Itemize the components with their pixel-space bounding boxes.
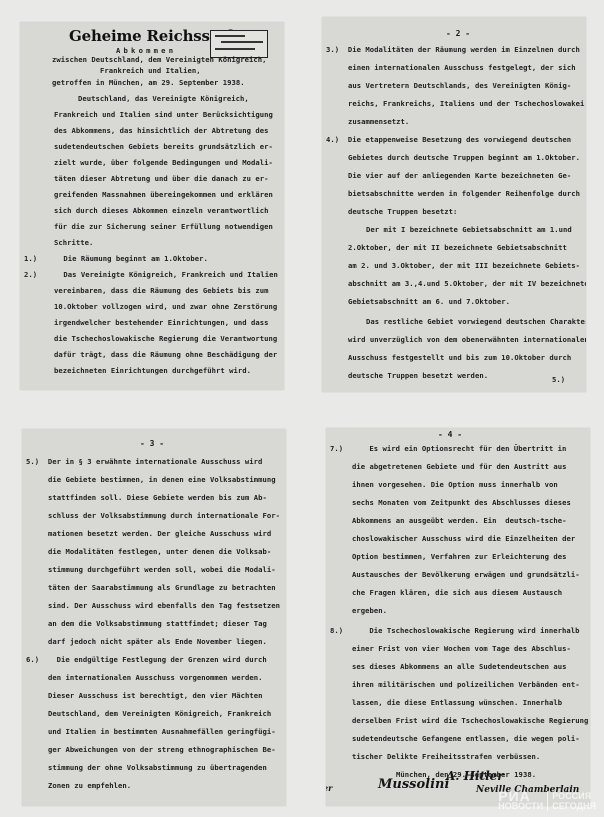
- text-line: zusammensetzt.: [348, 117, 409, 126]
- text-line: deutsche Truppen besetzt:: [348, 207, 457, 216]
- text-line: sich durch dieses Abkommen einzeln veran…: [54, 206, 268, 215]
- text-line: Frankreich und Italien sind unter Berück…: [54, 110, 273, 119]
- text-line: reichs, Frankreichs, Italiens und der Ts…: [348, 99, 584, 108]
- text-line: wird unverzüglich von dem obenerwähnten …: [348, 335, 586, 344]
- text-line: zwischen Deutschland, dem Vereinigten Kö…: [52, 55, 266, 64]
- signature-1: Daladier: [326, 783, 332, 793]
- text-line: Das restliche Gebiet vorwiegend deutsche…: [366, 317, 586, 326]
- text-line: Deutschland, dem Vereinigten Königreich,…: [48, 709, 271, 718]
- text-line: München, den 29. September 1938.: [396, 770, 536, 779]
- text-line: Austausches der Bevölkerung erwägen und …: [352, 570, 580, 579]
- text-line: 3.) Die Modalitäten der Räumung werden i…: [326, 45, 580, 54]
- text-line: sechs Monaten vom Zeitpunkt des Abschlus…: [352, 498, 571, 507]
- document-page-4: - 4 - Daladier Mussolini A. Hitler Nevil…: [326, 428, 590, 806]
- text-line: sudetendeutschen Gebiets bereits grundsä…: [54, 142, 273, 151]
- text-line: sind. Der Ausschuss wird ebenfalls den T…: [48, 601, 280, 610]
- text-line: einen internationalen Ausschuss festgele…: [348, 63, 576, 72]
- document-page-2: - 2 - 5.) 3.) Die Modalitäten der Räumun…: [322, 17, 586, 392]
- text-line: Die vier auf der anliegenden Karte bezei…: [348, 171, 571, 180]
- text-line: ses dieses Abkommens an alle Sudetendeut…: [352, 662, 566, 671]
- text-line: sudetendeutsche Gefangene entlassen, die…: [352, 734, 580, 743]
- text-line: die abgetretenen Gebiete und für den Aus…: [352, 462, 566, 471]
- text-line: Gebietes durch deutsche Truppen beginnt …: [348, 153, 580, 162]
- ria-novosti-watermark: РИА НОВОСТИ РОССИЯ СЕГОДНЯ: [498, 791, 596, 811]
- text-line: deutsche Truppen besetzt werden.: [348, 371, 488, 380]
- text-line: Abkommens an ausgeübt werden. Ein deutsc…: [352, 516, 566, 525]
- text-line: Ausschuss festgestellt und bis zum 10.Ok…: [348, 353, 571, 362]
- text-line: abschnitt am 3.,4.und 5.Oktober, der mit…: [348, 279, 586, 288]
- text-line: und Italien in bestimmten Ausnahmefällen…: [48, 727, 276, 736]
- text-line: 2.) Das Vereinigte Königreich, Frankreic…: [24, 270, 278, 279]
- page-number: - 3 -: [140, 439, 164, 448]
- text-line: Schritte.: [54, 238, 93, 247]
- text-line: am 2. und 3.Oktober, der mit III bezeich…: [348, 261, 580, 270]
- text-line: die Gebiete bestimmen, in denen eine Vol…: [48, 475, 276, 484]
- text-line: vereinbaren, dass die Räumung des Gebiet…: [54, 286, 268, 295]
- text-line: 1.) Die Räumung beginnt am 1.Oktober.: [24, 254, 208, 263]
- text-line: bezeichneten Einrichtungen durchgeführt …: [54, 366, 251, 375]
- text-line: getroffen in München, am 29. September 1…: [52, 78, 245, 87]
- text-line: lassen, die diese Entlassung wünschen. I…: [352, 698, 562, 707]
- text-line: che Fragen klären, die sich aus diesem A…: [352, 588, 562, 597]
- text-line: 4.) Die etappenweise Besetzung des vorwi…: [326, 135, 571, 144]
- text-line: stattfinden soll. Diese Gebiete werden b…: [48, 493, 267, 502]
- text-line: für die zur Sicherung seiner Erfüllung n…: [54, 222, 273, 231]
- text-line: des Abkommens, das hinsichtlich der Abtr…: [54, 126, 268, 135]
- page-number: - 2 -: [446, 29, 470, 38]
- text-line: einer Frist von vier Wochen vom Tage des…: [352, 644, 571, 653]
- document-page-3: - 3 - 5.) Der in § 3 erwähnte internatio…: [22, 429, 286, 806]
- text-line: Option bestimmen, Verfahren zur Erleicht…: [352, 552, 566, 561]
- text-line: ihren militärischen und polizeilichen Ve…: [352, 680, 580, 689]
- text-line: täten der Saarabstimmung als Grundlage z…: [48, 583, 276, 592]
- text-line: irgendwelcher bestehender Einrichtungen,…: [54, 318, 268, 327]
- text-line: stimmung durchgeführt werden soll, wobei…: [48, 565, 276, 574]
- text-line: Frankreich und Italien,: [100, 66, 201, 75]
- text-line: mationen besetzt werden. Der gleiche Aus…: [48, 529, 271, 538]
- text-line: tischer Delikte Freiheitsstrafen verbüss…: [352, 752, 540, 761]
- text-line: schluss der Volksabstimmung durch intern…: [48, 511, 280, 520]
- text-line: greifenden Massnahmen übereingekommen un…: [54, 190, 273, 199]
- text-line: 5.) Der in § 3 erwähnte internationale A…: [26, 457, 262, 466]
- text-line: darf jedoch nicht später als Ende Novemb…: [48, 637, 267, 646]
- text-line: täten dieser Abtretung und über die dana…: [54, 174, 268, 183]
- text-line: ger Abweichungen von der streng ethnogra…: [48, 745, 276, 754]
- text-line: Deutschland, das Vereinigte Königreich,: [78, 94, 249, 103]
- text-line: 6.) Die endgültige Festlegung der Grenze…: [26, 655, 267, 664]
- text-line: ihnen vorgesehen. Die Option muss innerh…: [352, 480, 558, 489]
- catchword: 5.): [552, 375, 565, 384]
- document-page-1: Geheime Reichssache Abkommenzwischen Deu…: [20, 22, 284, 390]
- text-line: die Tschechoslowakische Regierung die Ve…: [54, 334, 277, 343]
- text-line: 8.) Die Tschechoslowakische Regierung wi…: [330, 626, 580, 635]
- text-line: zielt wurde, über folgende Bedingungen u…: [54, 158, 273, 167]
- text-line: bietsabschnitte werden in folgender Reih…: [348, 189, 580, 198]
- text-line: die Modalitäten festlegen, unter denen d…: [48, 547, 271, 556]
- text-line: 7.) Es wird ein Optionsrecht für den Übe…: [330, 444, 566, 453]
- text-line: den internationalen Ausschuss vorgenomme…: [48, 673, 262, 682]
- text-line: 10.Oktober vollzogen wird, und zwar ohne…: [54, 302, 277, 311]
- text-line: aus Vertretern Deutschlands, des Vereini…: [348, 81, 571, 90]
- text-line: Der mit I bezeichnete Gebietsabschnitt a…: [366, 225, 572, 234]
- page-number: - 4 -: [438, 430, 462, 439]
- text-line: Zonen zu empfehlen.: [48, 781, 131, 790]
- text-line: an dem die Volksabstimmung stattfindet; …: [48, 619, 267, 628]
- signature-2: Mussolini: [378, 777, 449, 792]
- registry-stamp: [210, 30, 268, 58]
- text-line: Dieser Ausschuss ist berechtigt, den vie…: [48, 691, 262, 700]
- text-line: Gebietsabschnitt am 6. und 7.Oktober.: [348, 297, 510, 306]
- text-line: stimmung der ohne Volksabstimmung zu übe…: [48, 763, 267, 772]
- text-line: dafür trägt, dass die Räumung ohne Besch…: [54, 350, 277, 359]
- text-line: derselben Frist wird die Tschechoslowaki…: [352, 716, 588, 725]
- text-line: 2.Oktober, der mit II bezeichnete Gebiet…: [348, 243, 567, 252]
- text-line: Abkommen: [116, 46, 176, 55]
- text-line: ergeben.: [352, 606, 387, 615]
- text-line: choslowakischer Ausschuss wird die Einze…: [352, 534, 575, 543]
